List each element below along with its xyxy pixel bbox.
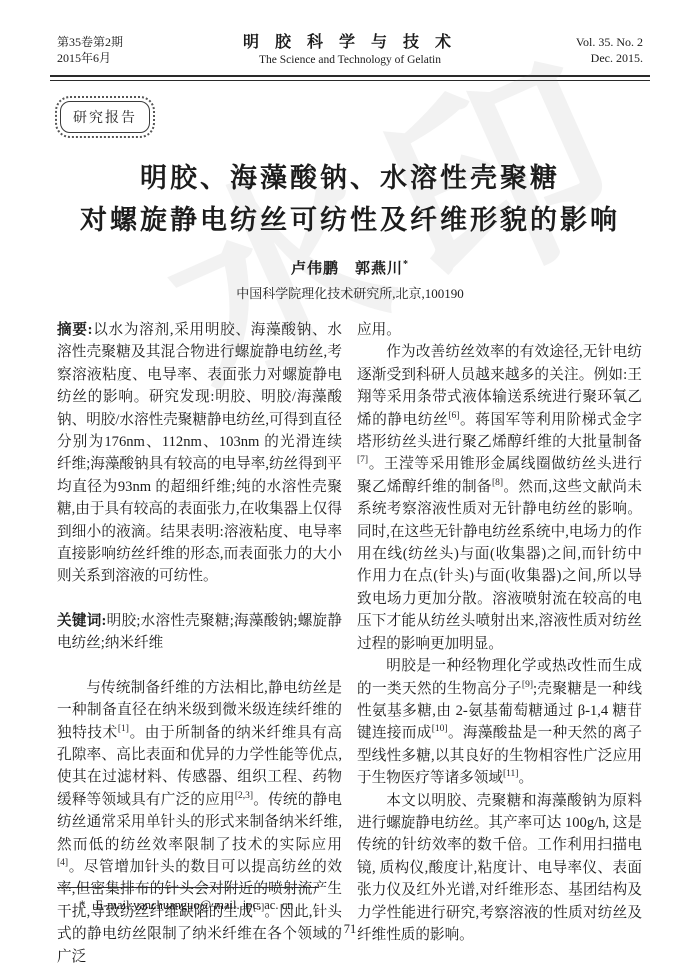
issue-date-cn: 2015年6月 [57, 50, 177, 66]
volume-issue-en: Vol. 35. No. 2 [523, 34, 643, 50]
journal-title-cn: 明 胶 科 学 与 技 术 [177, 34, 523, 52]
body-paragraph-2: 作为改善纺丝效率的有效途径,无针电纺逐渐受到科研人员越来越多的关注。例如:王翔等… [357, 341, 642, 655]
footnote-email: E-mail:yanchuanguo@ mail. ipc. ac. cn [96, 898, 294, 912]
journal-header: 第35卷第2期 2015年6月 明 胶 科 学 与 技 术 The Scienc… [0, 0, 700, 68]
article-title: 明胶、海藻酸钠、水溶性壳聚糖 对螺旋静电纺丝可纺性及纤维形貌的影响 [0, 157, 700, 241]
keywords-label: 关键词: [57, 613, 106, 629]
article-type-badge: 研究报告 [60, 101, 150, 133]
keywords-paragraph: 关键词:明胶;水溶性壳聚糖;海藻酸钠;螺旋静电纺丝;纳米纤维 [57, 610, 342, 655]
header-divider [50, 75, 650, 81]
author-line: 卢伟鹏 郭燕川* [0, 257, 700, 278]
abstract-text: 以水为溶剂,采用明胶、海藻酸钠、水溶性壳聚糖及其混合物进行螺旋静电纺丝,考察溶液… [57, 322, 342, 584]
footnote: *E-mail:yanchuanguo@ mail. ipc. ac. cn [57, 887, 477, 913]
author-names: 卢伟鹏 郭燕川 [291, 261, 403, 277]
header-volume-issue-cn: 第35卷第2期 2015年6月 [57, 34, 177, 66]
affiliation: 中国科学院理化技术研究所,北京,100190 [0, 283, 700, 302]
abstract-label: 摘要: [57, 322, 93, 338]
article-type-badge-wrap: 研究报告 [60, 101, 700, 133]
paper-page: 水印 第35卷第2期 2015年6月 明 胶 科 学 与 技 术 The Sci… [0, 0, 700, 977]
issue-date-en: Dec. 2015. [523, 50, 643, 66]
footnote-marker: * [79, 897, 86, 913]
journal-title-block: 明 胶 科 学 与 技 术 The Science and Technology… [177, 34, 523, 68]
footnote-divider [57, 887, 319, 888]
header-volume-issue-en: Vol. 35. No. 2 Dec. 2015. [523, 34, 643, 66]
article-title-line2: 对螺旋静电纺丝可纺性及纤维形貌的影响 [0, 199, 700, 241]
right-column: 应用。 作为改善纺丝效率的有效途径,无针电纺逐渐受到科研人员越来越多的关注。例如… [357, 319, 642, 968]
page-number: 71 [0, 922, 700, 937]
abstract-paragraph: 摘要:以水为溶剂,采用明胶、海藻酸钠、水溶性壳聚糖及其混合物进行螺旋静电纺丝,考… [57, 319, 342, 588]
article-title-line1: 明胶、海藻酸钠、水溶性壳聚糖 [0, 157, 700, 199]
volume-issue-cn: 第35卷第2期 [57, 34, 177, 50]
corresponding-author-marker: * [403, 259, 409, 270]
journal-title-en: The Science and Technology of Gelatin [177, 52, 523, 68]
left-column: 摘要:以水为溶剂,采用明胶、海藻酸钠、水溶性壳聚糖及其混合物进行螺旋静电纺丝,考… [57, 319, 342, 968]
body-paragraph-continuation: 应用。 [357, 319, 642, 341]
two-column-body: 摘要:以水为溶剂,采用明胶、海藻酸钠、水溶性壳聚糖及其混合物进行螺旋静电纺丝,考… [57, 319, 643, 968]
body-paragraph-3: 明胶是一种经物理化学或热改性而生成的一类天然的生物高分子[9];壳聚糖是一种线性… [357, 655, 642, 789]
